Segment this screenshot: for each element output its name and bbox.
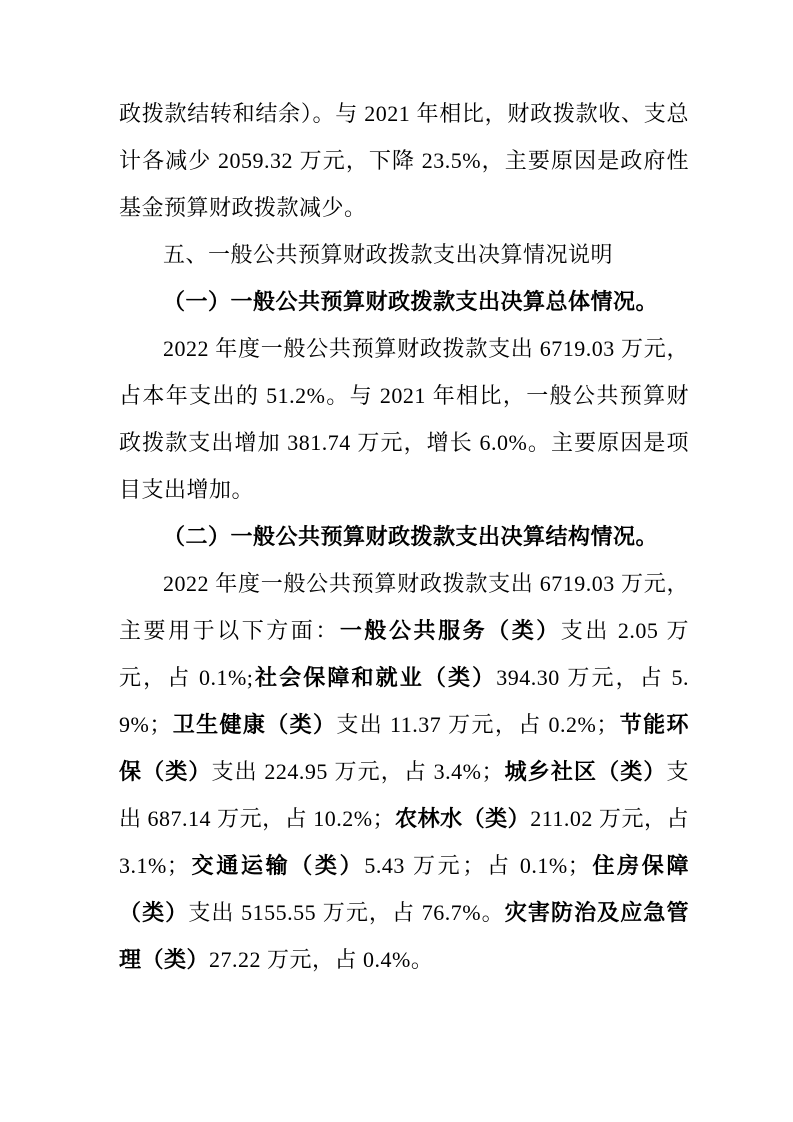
text-run: 卫生健康（类） <box>172 712 337 737</box>
text-run: 2022 年度一般公共预算财政拨款支出 6719.03 万元，占本年支出的 51… <box>119 336 689 502</box>
text-run: 政拨款结转和结余）。与 2021 年相比，财政拨款收、支总计各减少 2059.3… <box>119 101 689 220</box>
body-paragraph: 2022 年度一般公共预算财政拨款支出 6719.03 万元，主要用于以下方面：… <box>119 560 689 983</box>
text-run: 城乡社区（类） <box>504 759 667 784</box>
text-run: 一般公共服务（类） <box>340 618 561 643</box>
text-run: 交通运输（类） <box>189 853 364 878</box>
text-run: 支出 224.95 万元，占 3.4%； <box>212 759 504 784</box>
text-run: 27.22 万元，占 0.4%。 <box>209 947 433 972</box>
section-heading-level1: 五、一般公共预算财政拨款支出决算情况说明 <box>119 231 689 278</box>
body-paragraph: 2022 年度一般公共预算财政拨款支出 6719.03 万元，占本年支出的 51… <box>119 325 689 513</box>
text-run: 5.43 万元；占 0.1%； <box>364 853 590 878</box>
section-heading-level2: （二）一般公共预算财政拨款支出决算结构情况。 <box>119 513 689 560</box>
text-run: 支出 5155.55 万元，占 76.7%。 <box>188 900 504 925</box>
text-run: （二）一般公共预算财政拨款支出决算结构情况。 <box>163 524 658 549</box>
section-heading-level2: （一）一般公共预算财政拨款支出决算总体情况。 <box>119 278 689 325</box>
text-run: （一）一般公共预算财政拨款支出决算总体情况。 <box>163 289 658 314</box>
document-body: 政拨款结转和结余）。与 2021 年相比，财政拨款收、支总计各减少 2059.3… <box>119 90 689 983</box>
text-run: 支出 11.37 万元，占 0.2%； <box>336 712 618 737</box>
text-run: 农林水（类） <box>395 806 530 831</box>
text-run: 五、一般公共预算财政拨款支出决算情况说明 <box>163 242 613 267</box>
body-paragraph-continued: 政拨款结转和结余）。与 2021 年相比，财政拨款收、支总计各减少 2059.3… <box>119 90 689 231</box>
text-run: 社会保障和就业（类） <box>253 665 496 690</box>
document-page: 政拨款结转和结余）。与 2021 年相比，财政拨款收、支总计各减少 2059.3… <box>0 0 793 1122</box>
